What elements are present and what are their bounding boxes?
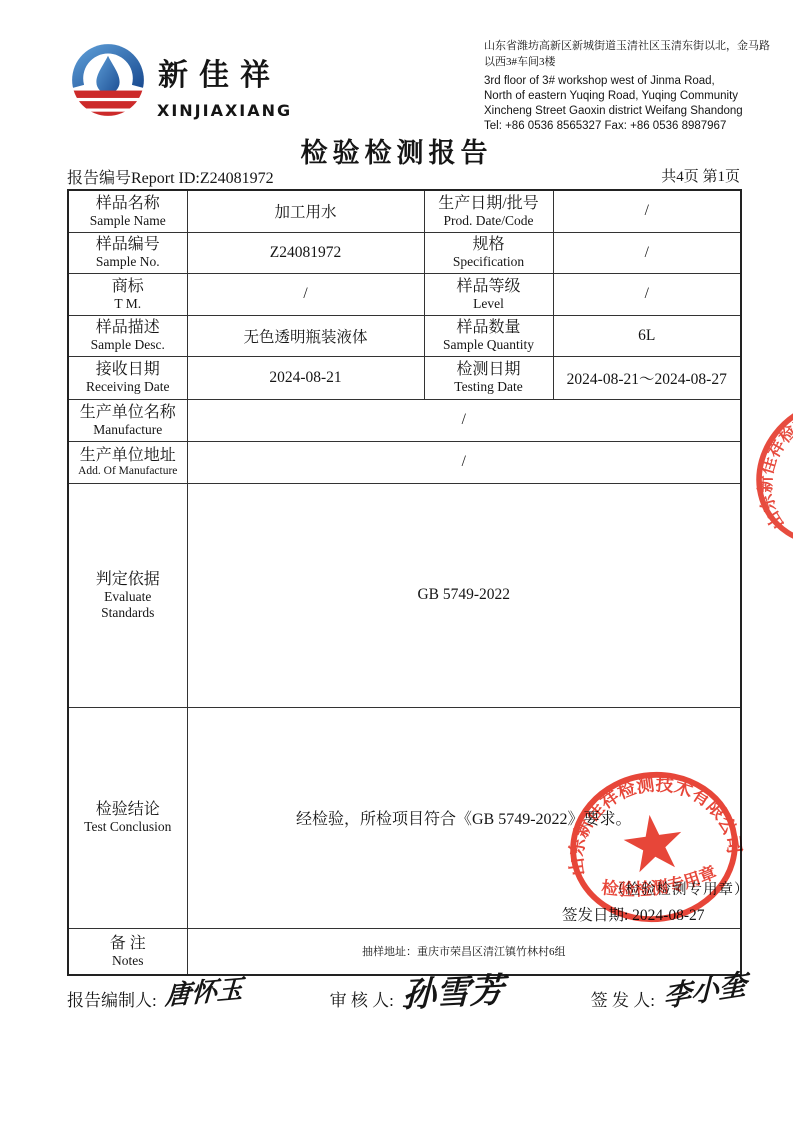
- report-number-line: 报告编号Report ID:Z24081972 共4页 第1页: [67, 165, 740, 188]
- label-level: 样品等级Level: [424, 273, 553, 315]
- prepared-by-label: 报告编制人:: [67, 982, 157, 1011]
- company-logo-icon: [70, 42, 146, 118]
- table-row: 样品描述Sample Desc. 无色透明瓶装液体 样品数量Sample Qua…: [68, 315, 741, 356]
- value-notes: 抽样地址：重庆市荣昌区清江镇竹林村6组: [187, 928, 741, 975]
- label-receiving-date: 接收日期Receiving Date: [68, 356, 187, 399]
- label-sample-name: 样品名称Sample Name: [68, 190, 187, 232]
- issued-by-label: 签 发 人:: [591, 982, 655, 1011]
- label-trademark: 商标T M.: [68, 273, 187, 315]
- brand-name-cn: 新佳祥: [158, 50, 281, 94]
- value-level: /: [553, 273, 741, 315]
- table-row: 生产单位地址Add. Of Manufacture /: [68, 441, 741, 483]
- value-quantity: 6L: [553, 315, 741, 356]
- address-cn-line1: 山东省潍坊高新区新城街道玉清社区玉清东街以北，金马路: [484, 39, 786, 55]
- label-evaluate-standards: 判定依据 Evaluate Standards: [68, 483, 187, 707]
- signature-row: 报告编制人: 唐怀玉 审 核 人: 孙雪芳 签 发 人: 李小奎: [67, 982, 747, 1011]
- address-en-line3: Xincheng Street Gaoxin district Weifang …: [484, 104, 786, 119]
- label-prod-date: 生产日期/批号Prod. Date/Code: [424, 190, 553, 232]
- value-sample-desc: 无色透明瓶装液体: [187, 315, 424, 356]
- table-row: 备 注Notes 抽样地址：重庆市荣昌区清江镇竹林村6组: [68, 928, 741, 975]
- reviewed-by-signature: 孙雪芳: [402, 973, 504, 1012]
- label-notes: 备 注Notes: [68, 928, 187, 975]
- label-testing-date: 检测日期Testing Date: [424, 356, 553, 399]
- label-sample-desc: 样品描述Sample Desc.: [68, 315, 187, 356]
- label-specification: 规格Specification: [424, 232, 553, 273]
- prepared-by-signature: 唐怀玉: [164, 976, 243, 1009]
- table-row: 判定依据 Evaluate Standards GB 5749-2022: [68, 483, 741, 707]
- page-count: 共4页 第1页: [661, 165, 740, 188]
- value-prod-date: /: [553, 190, 741, 232]
- table-row: 样品编号Sample No. Z24081972 规格Specification…: [68, 232, 741, 273]
- report-page: 新佳祥 XINJIAXIANG 山东省潍坊高新区新城街道玉清社区玉清东街以北，金…: [0, 0, 793, 1121]
- value-sample-no: Z24081972: [187, 232, 424, 273]
- value-trademark: /: [187, 273, 424, 315]
- report-id: 报告编号Report ID:Z24081972: [67, 165, 274, 188]
- table-row: 样品名称Sample Name 加工用水 生产日期/批号Prod. Date/C…: [68, 190, 741, 232]
- issued-by-group: 签 发 人: 李小奎: [591, 982, 747, 1011]
- table-row: 接收日期Receiving Date 2024-08-21 检测日期Testin…: [68, 356, 741, 399]
- label-manufacture: 生产单位名称Manufacture: [68, 399, 187, 441]
- value-specification: /: [553, 232, 741, 273]
- value-manufacture-addr: /: [187, 441, 741, 483]
- value-receiving-date: 2024-08-21: [187, 356, 424, 399]
- label-test-conclusion: 检验结论 Test Conclusion: [68, 707, 187, 928]
- svg-text:检验检测专用章: 检验检测专用章: [598, 861, 721, 907]
- issued-by-signature: 李小奎: [663, 970, 746, 1012]
- prepared-by-group: 报告编制人: 唐怀玉: [67, 982, 243, 1011]
- company-address-block: 山东省潍坊高新区新城街道玉清社区玉清东街以北，金马路 以西3#车间3楼 3rd …: [484, 39, 786, 134]
- address-cn-line2: 以西3#车间3楼: [484, 55, 786, 71]
- address-en-line2: North of eastern Yuqing Road, Yuqing Com…: [484, 89, 786, 104]
- table-row: 商标T M. / 样品等级Level /: [68, 273, 741, 315]
- table-row: 生产单位名称Manufacture /: [68, 399, 741, 441]
- label-sample-no: 样品编号Sample No.: [68, 232, 187, 273]
- stamp-type-text: 检验检测专用章: [598, 861, 721, 907]
- value-sample-name: 加工用水: [187, 190, 424, 232]
- brand-name-en: XINJIAXIANG: [157, 101, 292, 120]
- reviewed-by-label: 审 核 人:: [330, 982, 394, 1011]
- value-evaluate-standards: GB 5749-2022: [187, 483, 741, 707]
- reviewed-by-group: 审 核 人: 孙雪芳: [330, 982, 504, 1011]
- label-quantity: 样品数量Sample Quantity: [424, 315, 553, 356]
- company-seal-stamp-icon: 山东新佳祥检测技术有限公司 检验检测专用章: [554, 754, 755, 939]
- address-en-line1: 3rd floor of 3# workshop west of Jinma R…: [484, 74, 786, 89]
- value-testing-date: 2024-08-21～2024-08-27: [553, 356, 741, 399]
- star-icon: [621, 811, 686, 874]
- value-manufacture: /: [187, 399, 741, 441]
- label-manufacture-addr: 生产单位地址Add. Of Manufacture: [68, 441, 187, 483]
